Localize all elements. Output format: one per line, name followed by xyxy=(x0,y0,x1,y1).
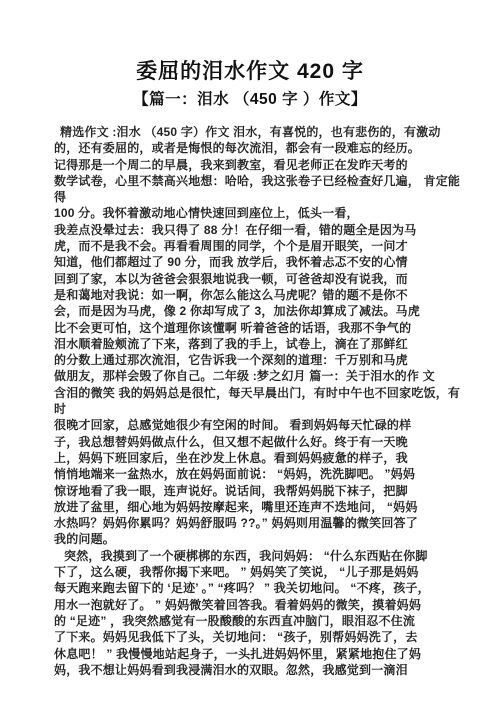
page-subtitle: 【篇一：泪水 （450 字 ）作文】 xyxy=(0,90,500,110)
page-title: 委屈的泪水作文 420 字 xyxy=(0,59,500,85)
essay-paragraph-1: 精选作文 :泪水 （450 字）作文 泪水，有喜悦的，也有悲伤的，有激动 的，还… xyxy=(54,124,468,548)
document-page: 委屈的泪水作文 420 字 【篇一：泪水 （450 字 ）作文】 精选作文 :泪… xyxy=(0,0,500,708)
document-header: 委屈的泪水作文 420 字 【篇一：泪水 （450 字 ）作文】 xyxy=(0,0,500,110)
essay-paragraph-2: 突然，我摸到了一个硬梆梆的东西，我问妈妈： “什么东西贴在你脚 下了，这么硬，我… xyxy=(54,548,468,678)
article-body: 精选作文 :泪水 （450 字）作文 泪水，有喜悦的，也有悲伤的，有激动 的，还… xyxy=(54,124,468,678)
